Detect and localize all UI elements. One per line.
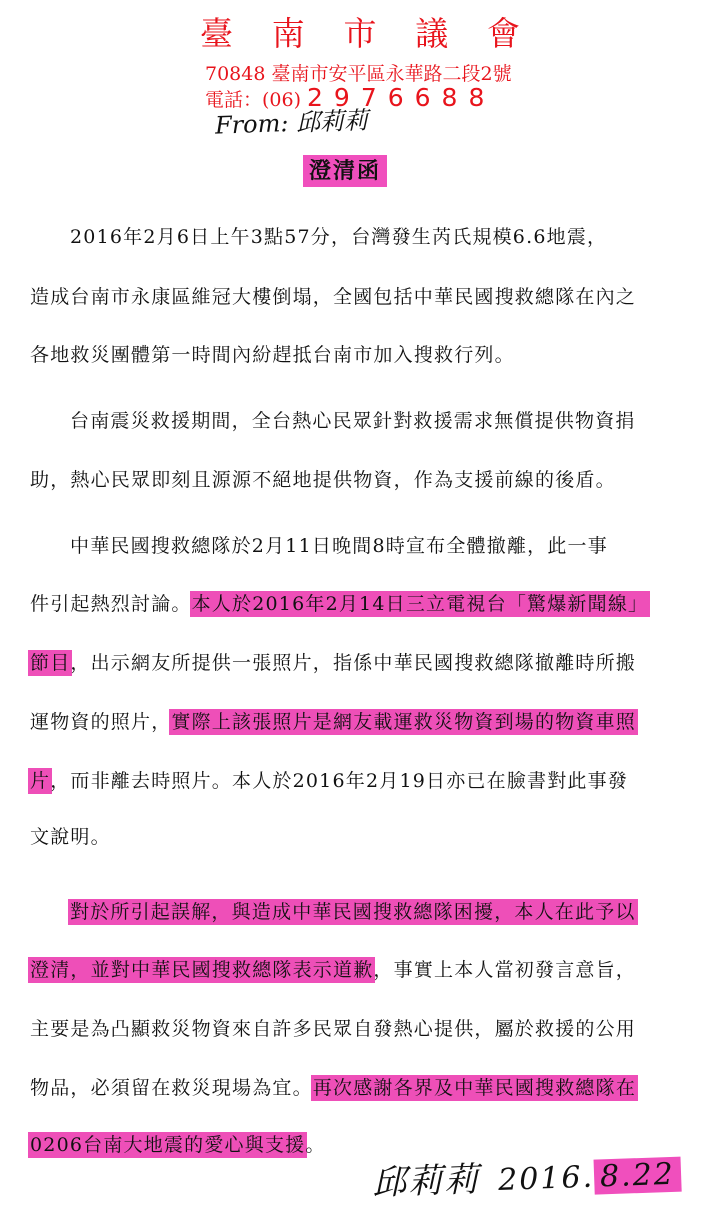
org-char: 臺 bbox=[200, 14, 233, 54]
organization-name: 臺 南 市 議 會 bbox=[200, 14, 520, 54]
text-segment: 各地救災團體第一時間內紛趕抵台南市加入搜救行列。 bbox=[30, 344, 515, 366]
highlighted-segment: 澄清，並對中華民國搜救總隊表示道歉 bbox=[30, 959, 373, 981]
highlighted-segment: 片 bbox=[30, 770, 50, 792]
text-segment: ，事實上本人當初發言意旨， bbox=[373, 959, 636, 981]
org-char: 市 bbox=[344, 14, 377, 54]
text-segment: 造成台南市永康區維冠大樓倒塌，全國包括中華民國搜救總隊在內之 bbox=[30, 286, 636, 308]
text-segment: 中華民國搜救總隊於2月11日晚間8時宣布全體撤離，此一事 bbox=[70, 535, 608, 557]
body-line: 主要是為凸顯救災物資來自許多民眾自發熱心提供，屬於救援的公用 bbox=[30, 1014, 636, 1044]
body-line: 台南震災救援期間，全台熱心民眾針對救援需求無償提供物資捐 bbox=[70, 406, 636, 436]
highlighted-segment: 0206台南大地震的愛心與支援 bbox=[30, 1134, 305, 1156]
body-line: 澄清，並對中華民國搜救總隊表示道歉，事實上本人當初發言意旨， bbox=[30, 955, 636, 985]
body-line: 各地救災團體第一時間內紛趕抵台南市加入搜救行列。 bbox=[30, 340, 515, 370]
date-prefix: 2016. bbox=[498, 1160, 595, 1198]
body-line: 運物資的照片，實際上該張照片是網友載運救災物資到場的物資車照 bbox=[30, 707, 636, 737]
document-title: 澄清函 bbox=[303, 155, 387, 187]
body-line: 物品，必須留在救災現場為宜。再次感謝各界及中華民國搜救總隊在 bbox=[30, 1073, 636, 1103]
org-char: 會 bbox=[487, 14, 520, 54]
text-segment: 助，熱心民眾即刻且源源不絕地提供物資，作為支援前線的後盾。 bbox=[30, 469, 616, 491]
address: 70848 臺南市安平區永華路二段2號 bbox=[205, 63, 512, 85]
signature-date: 2016.8.22 bbox=[498, 1157, 682, 1198]
body-line: 片，而非離去時照片。本人於2016年2月19日亦已在臉書對此事發 bbox=[30, 766, 628, 796]
handwritten-signature: 邱莉莉2016.8.22 bbox=[371, 1145, 681, 1205]
signature-name: 邱莉莉 bbox=[372, 1160, 481, 1204]
highlighted-segment: 對於所引起誤解，與造成中華民國搜救總隊困擾，本人在此予以 bbox=[70, 901, 636, 923]
text-segment: 物品，必須留在救災現場為宜。 bbox=[30, 1077, 313, 1099]
highlighted-segment: 本人於2016年2月14日三立電視台「驚爆新聞線」 bbox=[192, 593, 649, 615]
text-segment: ，而非離去時照片。本人於2016年2月19日亦已在臉書對此事發 bbox=[50, 770, 628, 792]
body-line: 助，熱心民眾即刻且源源不絕地提供物資，作為支援前線的後盾。 bbox=[30, 465, 616, 495]
highlighted-date: 8.22 bbox=[593, 1157, 681, 1195]
text-segment: 。 bbox=[305, 1134, 325, 1156]
text-segment: 2016年2月6日上午3點57分，台灣發生芮氏規模6.6地震， bbox=[70, 226, 607, 248]
text-segment: 件引起熱烈討論。 bbox=[30, 593, 192, 615]
body-line: 造成台南市永康區維冠大樓倒塌，全國包括中華民國搜救總隊在內之 bbox=[30, 282, 636, 312]
body-line: 對於所引起誤解，與造成中華民國搜救總隊困擾，本人在此予以 bbox=[70, 897, 636, 927]
handwritten-from-note: From: 邱莉莉 bbox=[215, 105, 369, 140]
body-line: 文說明。 bbox=[30, 822, 111, 852]
highlighted-segment: 節目 bbox=[30, 652, 70, 674]
org-char: 議 bbox=[415, 14, 448, 54]
text-segment: 台南震災救援期間，全台熱心民眾針對救援需求無償提供物資捐 bbox=[70, 410, 636, 432]
body-line: 0206台南大地震的愛心與支援。 bbox=[30, 1130, 326, 1160]
org-char: 南 bbox=[272, 14, 305, 54]
body-line: 2016年2月6日上午3點57分，台灣發生芮氏規模6.6地震， bbox=[70, 222, 607, 252]
body-line: 節目，出示網友所提供一張照片，指係中華民國搜救總隊撤離時所搬 bbox=[30, 648, 636, 678]
text-segment: ，出示網友所提供一張照片，指係中華民國搜救總隊撤離時所搬 bbox=[70, 652, 636, 674]
highlighted-segment: 實際上該張照片是網友載運救災物資到場的物資車照 bbox=[171, 711, 636, 733]
text-segment: 文說明。 bbox=[30, 826, 111, 848]
text-segment: 主要是為凸顯救災物資來自許多民眾自發熱心提供，屬於救援的公用 bbox=[30, 1018, 636, 1040]
text-segment: 運物資的照片， bbox=[30, 711, 171, 733]
body-line: 中華民國搜救總隊於2月11日晚間8時宣布全體撤離，此一事 bbox=[70, 531, 608, 561]
highlighted-segment: 再次感謝各界及中華民國搜救總隊在 bbox=[313, 1077, 636, 1099]
body-line: 件引起熱烈討論。本人於2016年2月14日三立電視台「驚爆新聞線」 bbox=[30, 589, 648, 619]
